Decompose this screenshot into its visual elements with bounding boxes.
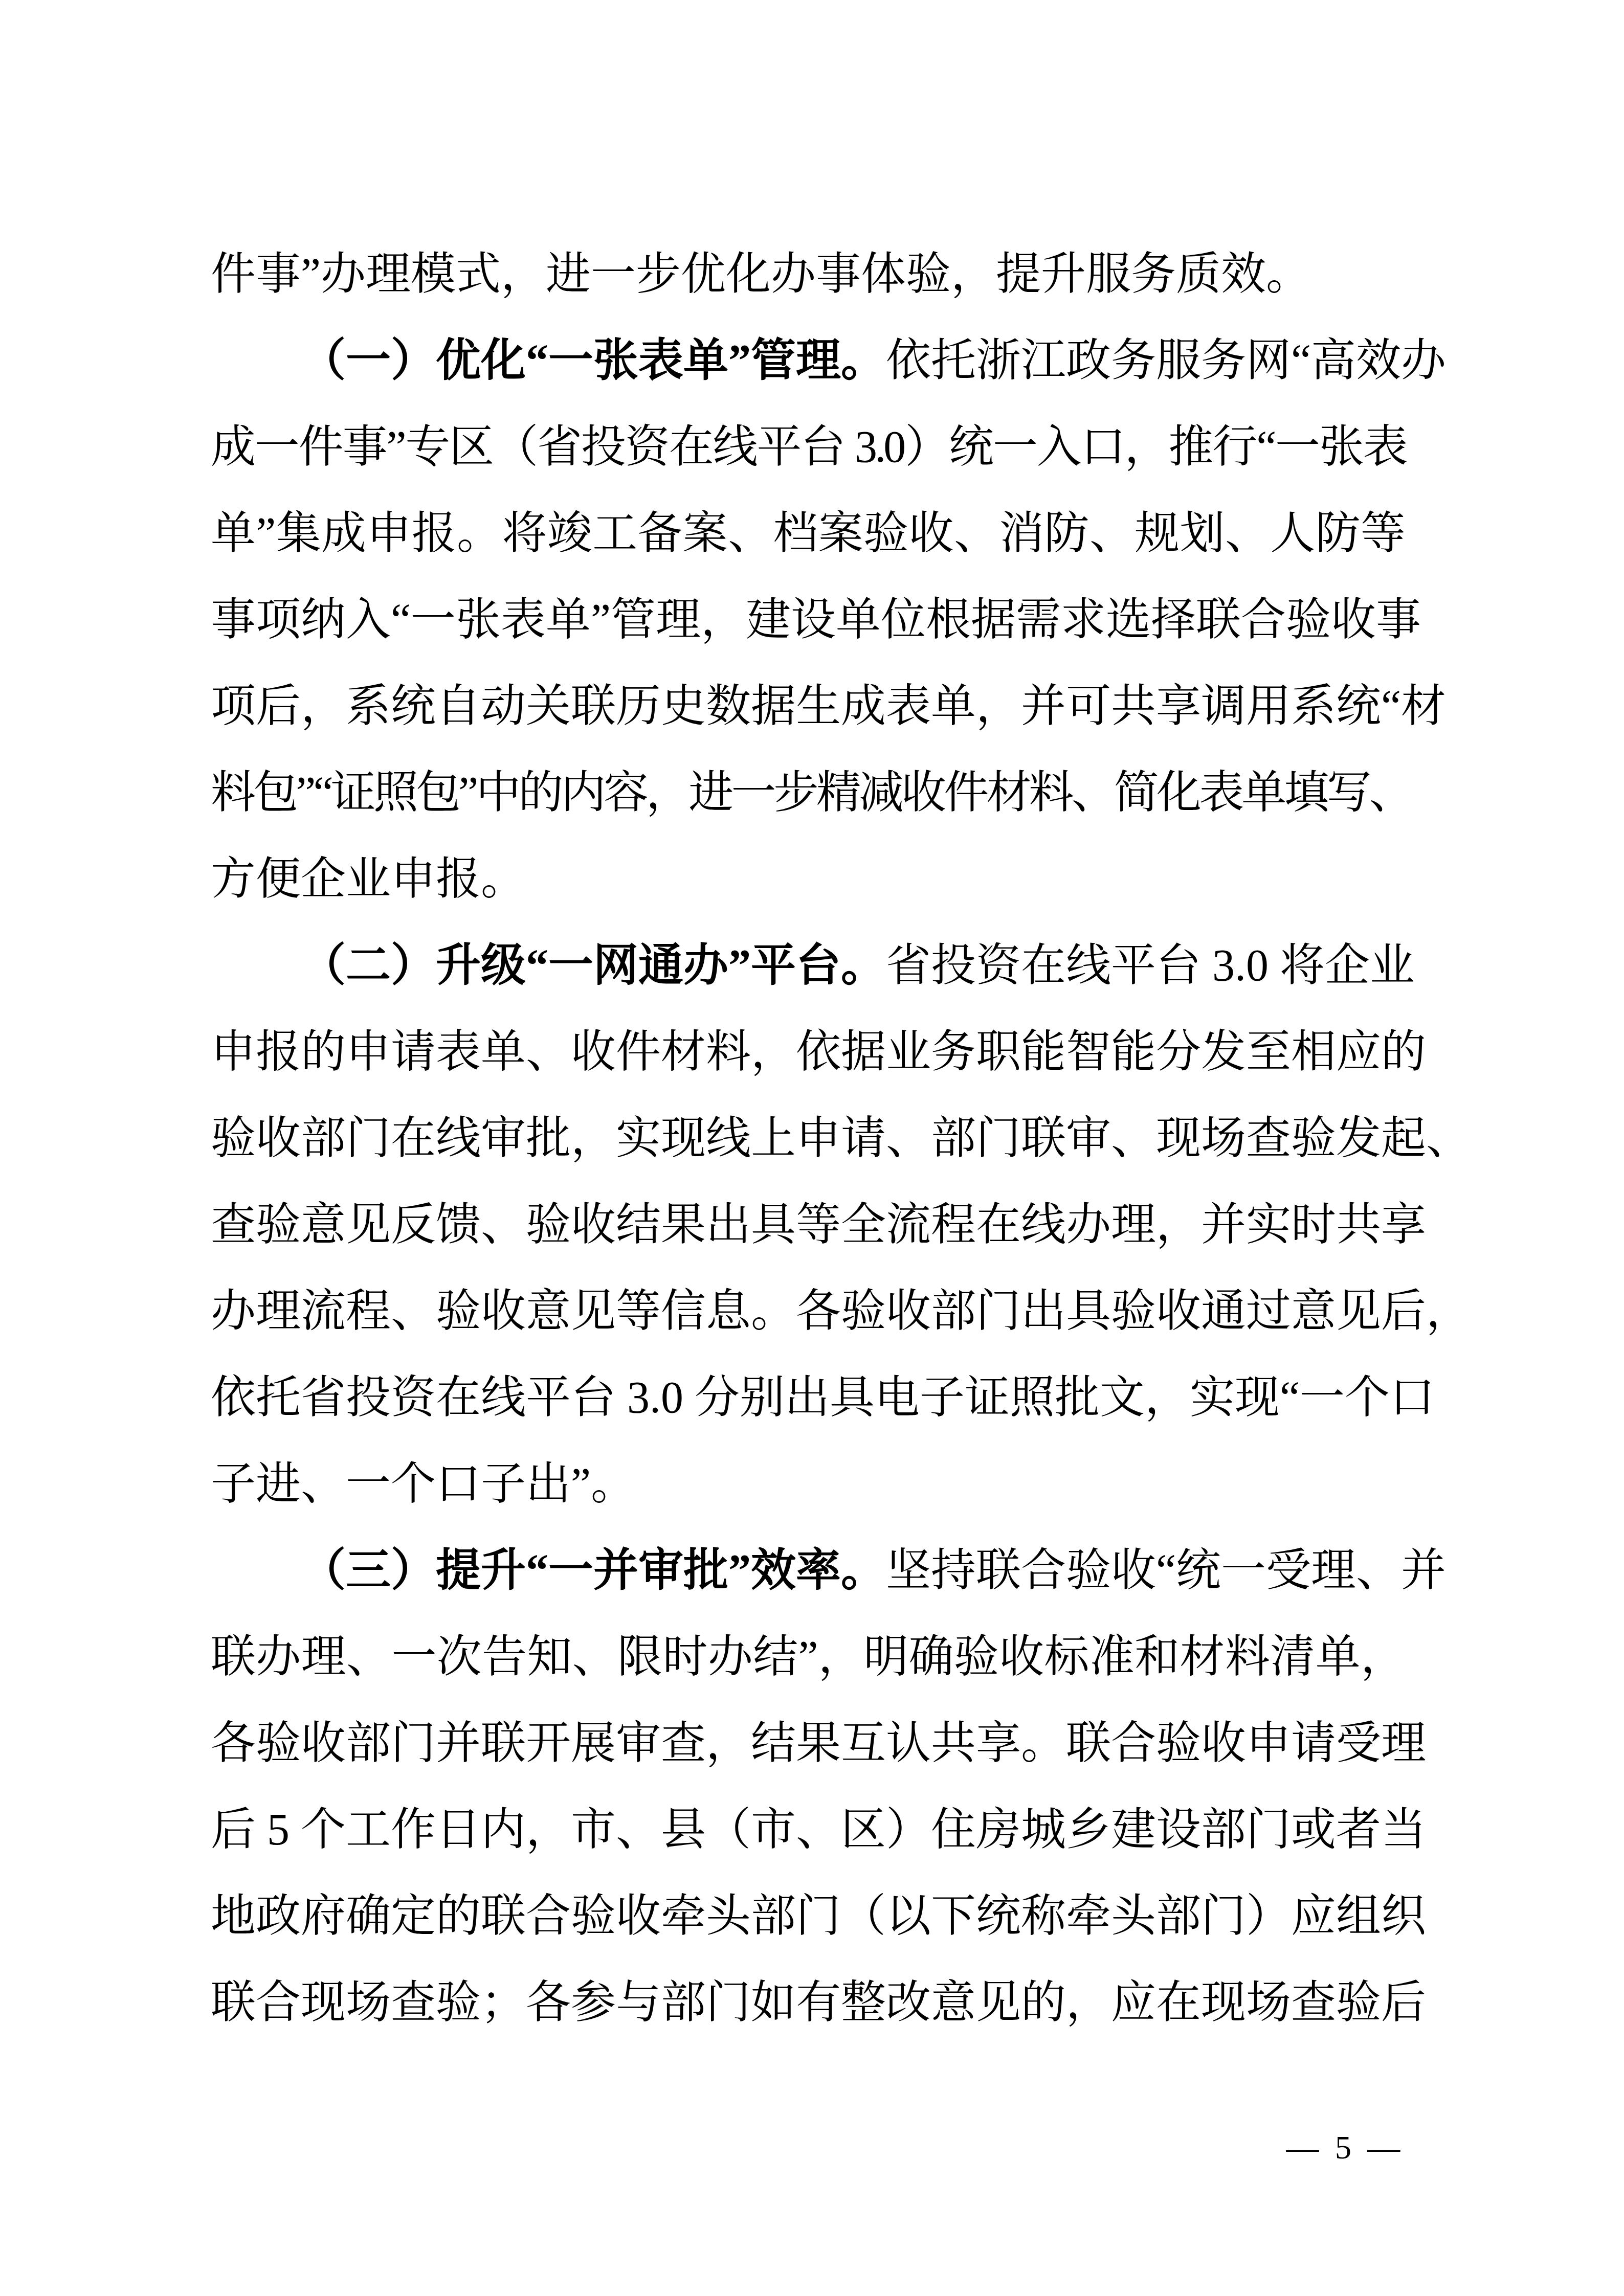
text-line-7: 料包”“证照包”中的内容，进一步精减收件材料、简化表单填写、 [211, 750, 1406, 836]
text-line-17: 联办理、一次告知、限时办结”，明确验收标准和材料清单， [211, 1614, 1406, 1700]
text-line-16: （三）提升“一并审批”效率。坚持联合验收“统一受理、并 [211, 1527, 1406, 1614]
text-segment: 各验收部门并联开展审查，结果互认共享。联合验收申请受理 [211, 1719, 1426, 1768]
heading-segment: （三）提升“一并审批”效率。 [301, 1546, 886, 1595]
text-segment: 成一件事”专区（省投资在线平台 3.0）统一入口，推行“一张表 [211, 422, 1406, 472]
text-segment: 地政府确定的联合验收牵头部门（以下统称牵头部门）应组织 [211, 1892, 1426, 1941]
text-segment: 单”集成申报。将竣工备案、档案验收、消防、规划、人防等 [211, 509, 1406, 558]
document-body: 件事”办理模式，进一步优化办事体验，提升服务质效。（一）优化“一张表单”管理。依… [211, 231, 1406, 2046]
text-segment: 办理流程、验收意见等信息。各验收部门出具验收通过意见后， [211, 1287, 1471, 1336]
document-page: 件事”办理模式，进一步优化办事体验，提升服务质效。（一）优化“一张表单”管理。依… [0, 0, 1624, 2296]
text-segment: 坚持联合验收“统一受理、并 [886, 1546, 1446, 1595]
text-segment: 依托省投资在线平台 3.0 分别出具电子证照批文，实现“一个口 [211, 1373, 1435, 1423]
text-segment: 子进、一个口子出”。 [211, 1459, 636, 1509]
text-segment: 方便企业申报。 [211, 854, 526, 904]
text-line-1: 件事”办理模式，进一步优化办事体验，提升服务质效。 [211, 231, 1406, 318]
text-line-2: （一）优化“一张表单”管理。依托浙江政务服务网“高效办 [211, 318, 1406, 404]
text-line-11: 验收部门在线审批，实现线上申请、部门联审、现场查验发起、 [211, 1095, 1406, 1182]
text-segment: 料包”“证照包”中的内容，进一步精减收件材料、简化表单填写、 [211, 768, 1412, 818]
text-line-15: 子进、一个口子出”。 [211, 1441, 1406, 1527]
text-line-18: 各验收部门并联开展审查，结果互认共享。联合验收申请受理 [211, 1700, 1406, 1787]
text-line-14: 依托省投资在线平台 3.0 分别出具电子证照批文，实现“一个口 [211, 1355, 1406, 1441]
text-line-10: 申报的申请表单、收件材料，依据业务职能智能分发至相应的 [211, 1009, 1406, 1095]
text-line-12: 查验意见反馈、验收结果出具等全流程在线办理，并实时共享 [211, 1182, 1406, 1268]
text-line-20: 地政府确定的联合验收牵头部门（以下统称牵头部门）应组织 [211, 1873, 1406, 1960]
text-line-6: 项后，系统自动关联历史数据生成表单，并可共享调用系统“材 [211, 663, 1406, 750]
heading-segment: （二）升级“一网通办”平台。 [301, 941, 886, 991]
text-segment: 申报的申请表单、收件材料，依据业务职能智能分发至相应的 [211, 1027, 1426, 1077]
text-line-19: 后 5 个工作日内，市、县（市、区）住房城乡建设部门或者当 [211, 1787, 1406, 1873]
text-segment: 省投资在线平台 3.0 将企业 [886, 941, 1415, 991]
text-segment: 项后，系统自动关联历史数据生成表单，并可共享调用系统“材 [211, 682, 1446, 731]
text-segment: 查验意见反馈、验收结果出具等全流程在线办理，并实时共享 [211, 1200, 1426, 1250]
text-line-21: 联合现场查验；各参与部门如有整改意见的，应在现场查验后 [211, 1960, 1406, 2046]
text-line-8: 方便企业申报。 [211, 836, 1406, 922]
text-segment: 联合现场查验；各参与部门如有整改意见的，应在现场查验后 [211, 1978, 1426, 2028]
heading-segment: （一）优化“一张表单”管理。 [301, 336, 886, 386]
page-number: — 5 — [1286, 2129, 1404, 2166]
text-line-5: 事项纳入“一张表单”管理，建设单位根据需求选择联合验收事 [211, 577, 1406, 663]
text-line-3: 成一件事”专区（省投资在线平台 3.0）统一入口，推行“一张表 [211, 404, 1406, 490]
text-line-4: 单”集成申报。将竣工备案、档案验收、消防、规划、人防等 [211, 490, 1406, 577]
page-footer: — 5 — [1286, 2125, 1404, 2171]
text-segment: 件事”办理模式，进一步优化办事体验，提升服务质效。 [211, 250, 1311, 299]
text-segment: 事项纳入“一张表单”管理，建设单位根据需求选择联合验收事 [211, 595, 1421, 645]
text-segment: 后 5 个工作日内，市、县（市、区）住房城乡建设部门或者当 [211, 1805, 1426, 1855]
text-line-9: （二）升级“一网通办”平台。省投资在线平台 3.0 将企业 [211, 922, 1406, 1009]
text-segment: 联办理、一次告知、限时办结”，明确验收标准和材料清单， [211, 1632, 1406, 1682]
text-line-13: 办理流程、验收意见等信息。各验收部门出具验收通过意见后， [211, 1268, 1406, 1355]
text-segment: 验收部门在线审批，实现线上申请、部门联审、现场查验发起、 [211, 1114, 1471, 1163]
text-segment: 依托浙江政务服务网“高效办 [886, 336, 1446, 386]
